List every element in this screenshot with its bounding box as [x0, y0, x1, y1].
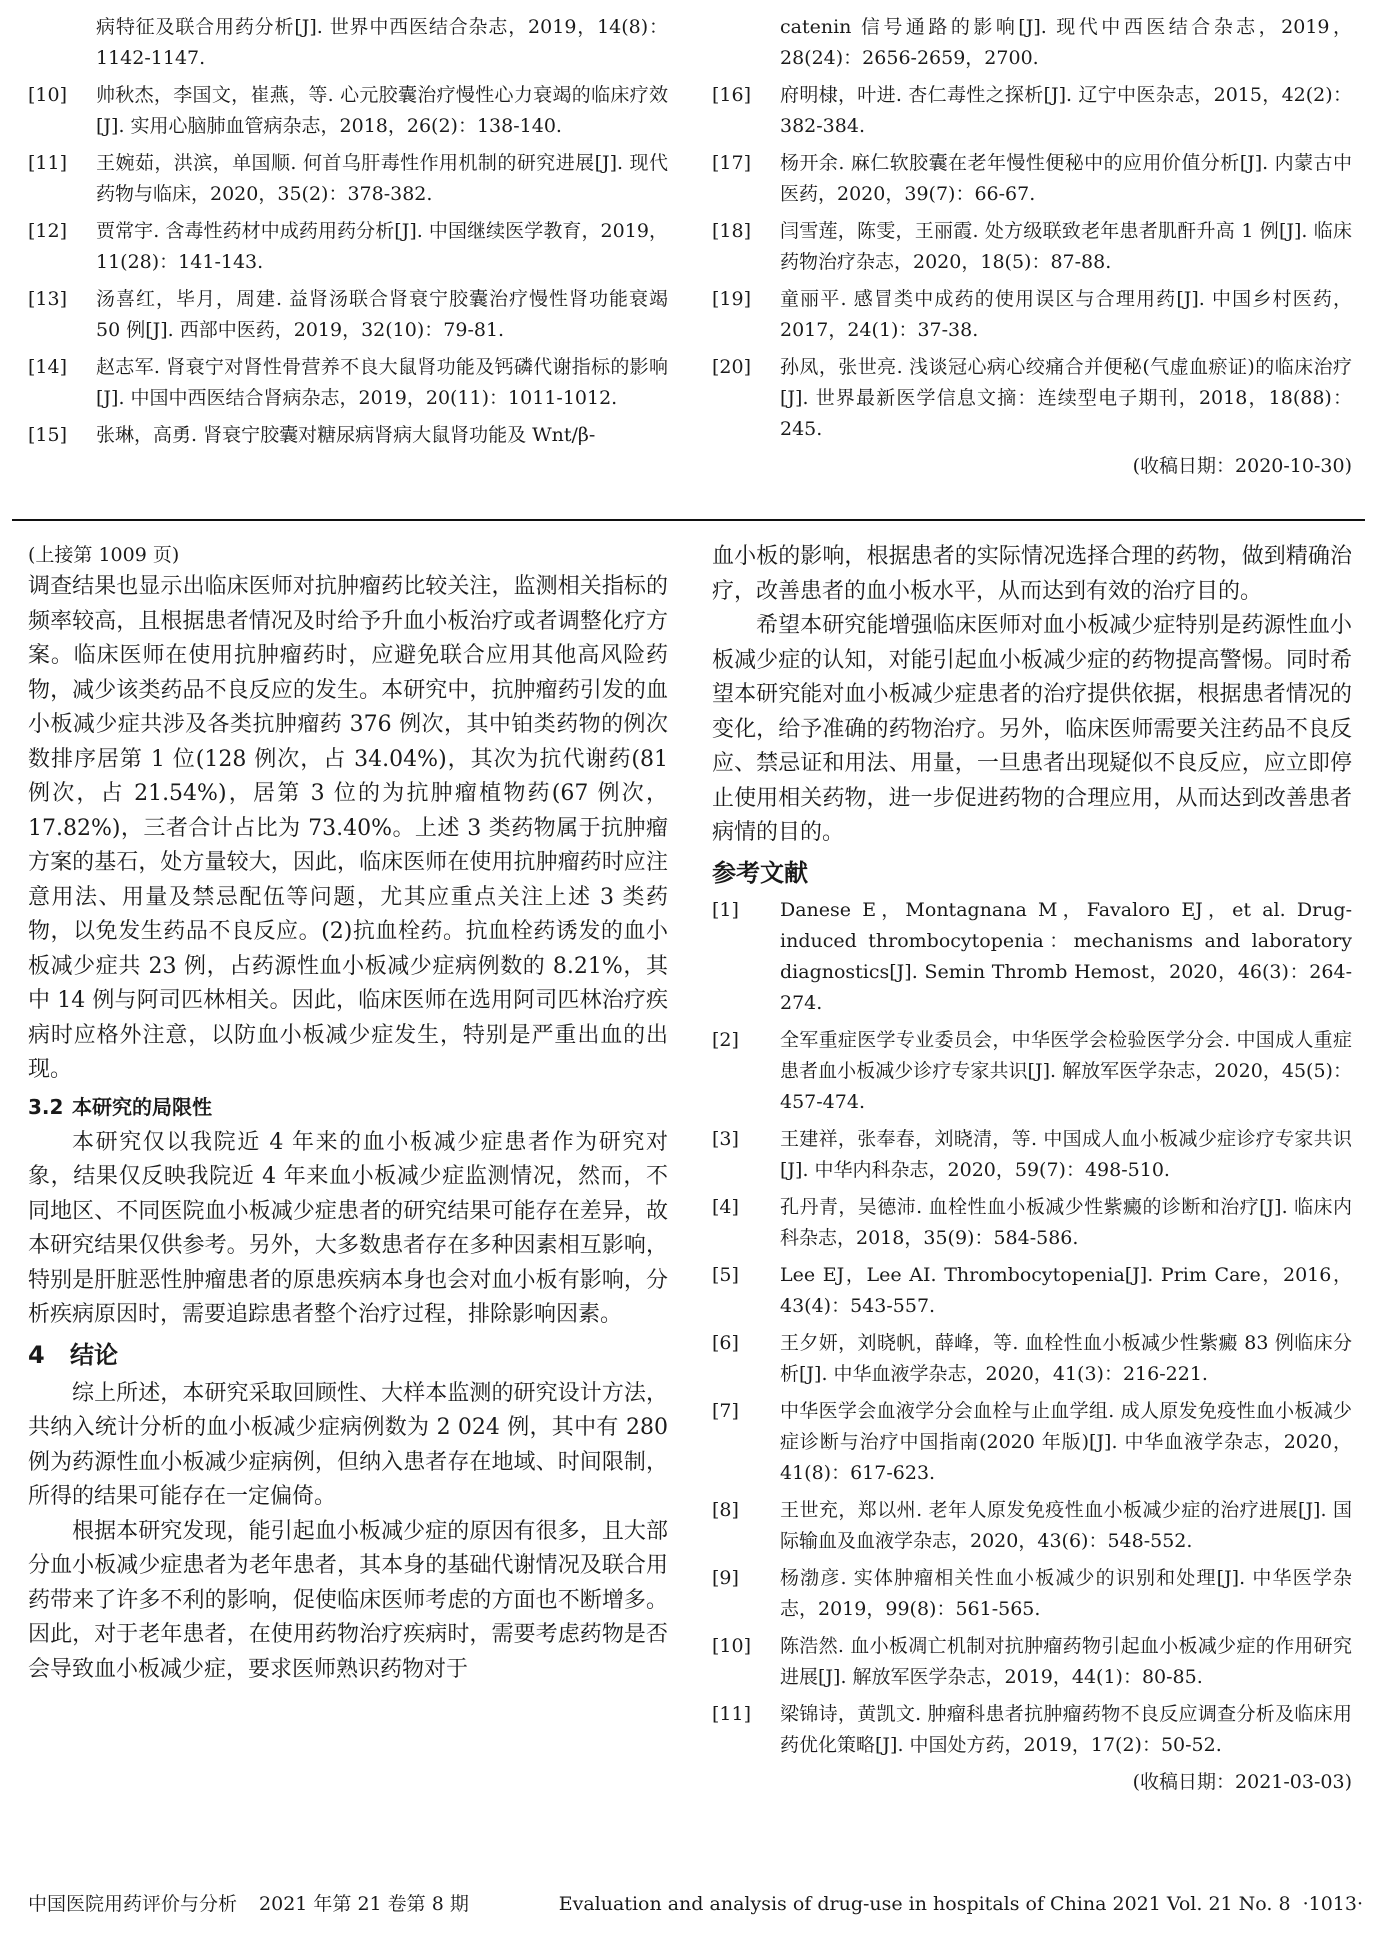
reference-item: [14] 赵志军. 肾衰宁对肾性骨营养不良大鼠肾功能及钙磷代谢指标的影响[J].… [28, 352, 668, 414]
reference-item: [13] 汤喜红，毕月，周建. 益肾汤联合肾衰宁胶囊治疗慢性肾功能衰竭 50 例… [28, 284, 668, 346]
reference-item: [4] 孔丹青，吴德沛. 血栓性血小板减少性紫癜的诊断和治疗[J]. 临床内科杂… [712, 1192, 1352, 1254]
reference-text: 梁锦诗，黄凯文. 肿瘤科患者抗肿瘤药物不良反应调查分析及临床用药优化策略[J].… [780, 1699, 1352, 1761]
section-divider [12, 519, 1365, 521]
section-heading-4: 4结论 [28, 1335, 668, 1375]
reference-text: 赵志军. 肾衰宁对肾性骨营养不良大鼠肾功能及钙磷代谢指标的影响[J]. 中国中西… [96, 352, 668, 414]
reference-text: 中华医学会血液学分会血栓与止血学组. 成人原发免疫性血小板减少症诊断与治疗中国指… [780, 1396, 1352, 1489]
reference-text: 王世充，郑以州. 老年人原发免疫性血小板减少症的治疗进展[J]. 国际输血及血液… [780, 1495, 1352, 1557]
section-heading-3-2: 3.2本研究的局限性 [28, 1090, 668, 1124]
reference-text: 孙凤，张世亮. 浅谈冠心病心绞痛合并便秘(气虚血瘀证)的临床治疗[J]. 世界最… [780, 352, 1352, 445]
reference-label: [12] [28, 216, 67, 247]
reference-text: 杨渤彦. 实体肿瘤相关性血小板减少的识别和处理[J]. 中华医学杂志，2019，… [780, 1563, 1352, 1625]
reference-text: catenin 信号通路的影响[J]. 现代中西医结合杂志，2019，28(24… [780, 12, 1352, 74]
reference-item: catenin 信号通路的影响[J]. 现代中西医结合杂志，2019，28(24… [712, 12, 1352, 74]
reference-label: [17] [712, 148, 751, 179]
reference-label: [7] [712, 1396, 739, 1427]
reference-item: [1] Danese E，Montagnana M，Favaloro EJ，et… [712, 895, 1352, 1019]
reference-item: [9] 杨渤彦. 实体肿瘤相关性血小板减少的识别和处理[J]. 中华医学杂志，2… [712, 1563, 1352, 1625]
reference-item: [10] 帅秋杰，李国文，崔燕，等. 心元胶囊治疗慢性心力衰竭的临床疗效[J].… [28, 80, 668, 142]
reference-text: 孔丹青，吴德沛. 血栓性血小板减少性紫癜的诊断和治疗[J]. 临床内科杂志，20… [780, 1192, 1352, 1254]
reference-text: 陈浩然. 血小板凋亡机制对抗肿瘤药物引起血小板减少症的作用研究进展[J]. 解放… [780, 1631, 1352, 1693]
reference-label: [2] [712, 1025, 739, 1056]
reference-item: [17] 杨开余. 麻仁软胶囊在老年慢性便秘中的应用价值分析[J]. 内蒙古中医… [712, 148, 1352, 210]
reference-item: [20] 孙凤，张世亮. 浅谈冠心病心绞痛合并便秘(气虚血瘀证)的临床治疗[J]… [712, 352, 1352, 445]
reference-label: [11] [28, 148, 67, 179]
received-date: (收稿日期：2021-03-03) [712, 1767, 1352, 1798]
footer-journal-cn: 中国医院用药评价与分析2021 年第 21 卷第 8 期 [28, 1892, 469, 1916]
reference-item: [12] 贾常宇. 含毒性药材中成药用药分析[J]. 中国继续医学教育，2019… [28, 216, 668, 278]
reference-text: 张琳，高勇. 肾衰宁胶囊对糖尿病肾病大鼠肾功能及 Wnt/β- [96, 420, 668, 451]
reference-text: 王建祥，张奉春，刘晓清，等. 中国成人血小板减少症诊疗专家共识[J]. 中华内科… [780, 1124, 1352, 1186]
reference-label: [20] [712, 352, 751, 383]
section-number: 3.2 [28, 1090, 72, 1124]
received-date: (收稿日期：2020-10-30) [712, 451, 1352, 482]
reference-item: [6] 王夕妍，刘晓帆，薛峰，等. 血栓性血小板减少性紫癜 83 例临床分析[J… [712, 1328, 1352, 1390]
reference-label: [10] [28, 80, 67, 111]
section-title: 本研究的局限性 [72, 1095, 212, 1119]
reference-text: Danese E，Montagnana M，Favaloro EJ，et al.… [780, 895, 1352, 1019]
reference-text: Lee EJ，Lee AI. Thrombocytopenia[J]. Prim… [780, 1260, 1352, 1322]
references-list: [1] Danese E，Montagnana M，Favaloro EJ，et… [712, 895, 1352, 1798]
paragraph: 希望本研究能增强临床医师对血小板减少症特别是药源性血小板减少症的认知，对能引起血… [712, 609, 1352, 851]
reference-item: [11] 梁锦诗，黄凯文. 肿瘤科患者抗肿瘤药物不良反应调查分析及临床用药优化策… [712, 1699, 1352, 1761]
reference-label: [16] [712, 80, 751, 111]
reference-text: 童丽平. 感冒类中成药的使用误区与合理用药[J]. 中国乡村医药，2017，24… [780, 284, 1352, 346]
reference-text: 贾常宇. 含毒性药材中成药用药分析[J]. 中国继续医学教育，2019，11(2… [96, 216, 668, 278]
reference-label: [10] [712, 1631, 751, 1662]
reference-text: 府明棣，叶进. 杏仁毒性之探析[J]. 辽宁中医杂志，2015，42(2)：38… [780, 80, 1352, 142]
reference-item: [15] 张琳，高勇. 肾衰宁胶囊对糖尿病肾病大鼠肾功能及 Wnt/β- [28, 420, 668, 451]
reference-label: [8] [712, 1495, 739, 1526]
reference-text: 王婉茹，洪滨，单国顺. 何首乌肝毒性作用机制的研究进展[J]. 现代药物与临床，… [96, 148, 668, 210]
reference-text: 汤喜红，毕月，周建. 益肾汤联合肾衰宁胶囊治疗慢性肾功能衰竭 50 例[J]. … [96, 284, 668, 346]
reference-item: [16] 府明棣，叶进. 杏仁毒性之探析[J]. 辽宁中医杂志，2015，42(… [712, 80, 1352, 142]
left-body-column: (上接第 1009 页) 调查结果也显示出临床医师对抗肿瘤药比较关注，监测相关指… [28, 540, 668, 1687]
reference-text: 全军重症医学专业委员会，中华医学会检验医学分会. 中国成人重症患者血小板减少诊疗… [780, 1025, 1352, 1118]
right-body-column: 血小板的影响，根据患者的实际情况选择合理的药物，做到精确治疗，改善患者的血小板水… [712, 540, 1352, 1798]
section-title: 结论 [70, 1341, 118, 1369]
reference-text: 病特征及联合用药分析[J]. 世界中西医结合杂志，2019，14(8)：1142… [96, 12, 668, 74]
reference-item: [3] 王建祥，张奉春，刘晓清，等. 中国成人血小板减少症诊疗专家共识[J]. … [712, 1124, 1352, 1186]
reference-label: [14] [28, 352, 67, 383]
reference-label: [15] [28, 420, 67, 451]
paragraph: 综上所述，本研究采取回顾性、大样本监测的研究设计方法，共纳入统计分析的血小板减少… [28, 1377, 668, 1515]
reference-label: [1] [712, 895, 739, 926]
reference-text: 王夕妍，刘晓帆，薛峰，等. 血栓性血小板减少性紫癜 83 例临床分析[J]. 中… [780, 1328, 1352, 1390]
issue-cn: 2021 年第 21 卷第 8 期 [259, 1893, 469, 1915]
reference-label: [19] [712, 284, 751, 315]
reference-item: 病特征及联合用药分析[J]. 世界中西医结合杂志，2019，14(8)：1142… [28, 12, 668, 74]
paragraph: 调查结果也显示出临床医师对抗肿瘤药比较关注，监测相关指标的频率较高，且根据患者情… [28, 570, 668, 1088]
footer-journal-en: Evaluation and analysis of drug-use in h… [559, 1892, 1363, 1916]
reference-label: [4] [712, 1192, 739, 1223]
paragraph: 血小板的影响，根据患者的实际情况选择合理的药物，做到精确治疗，改善患者的血小板水… [712, 540, 1352, 609]
section-number: 4 [28, 1335, 70, 1375]
reference-item: [2] 全军重症医学专业委员会，中华医学会检验医学分会. 中国成人重症患者血小板… [712, 1025, 1352, 1118]
page-number: ·1013· [1303, 1893, 1363, 1915]
continued-from-note: (上接第 1009 页) [28, 540, 668, 570]
references-heading: 参考文献 [712, 853, 1352, 893]
reference-item: [7] 中华医学会血液学分会血栓与止血学组. 成人原发免疫性血小板减少症诊断与治… [712, 1396, 1352, 1489]
journal-name-en: Evaluation and analysis of drug-use in h… [559, 1893, 1291, 1915]
top-right-references: catenin 信号通路的影响[J]. 现代中西医结合杂志，2019，28(24… [712, 12, 1352, 482]
reference-label: [9] [712, 1563, 739, 1594]
reference-label: [18] [712, 216, 751, 247]
reference-item: [18] 闫雪莲，陈雯，王丽霞. 处方级联致老年患者肌酐升高 1 例[J]. 临… [712, 216, 1352, 278]
reference-label: [11] [712, 1699, 751, 1730]
reference-label: [5] [712, 1260, 739, 1291]
reference-label: [6] [712, 1328, 739, 1359]
paragraph: 根据本研究发现，能引起血小板减少症的原因有很多，且大部分血小板减少症患者为老年患… [28, 1515, 668, 1688]
reference-item: [10] 陈浩然. 血小板凋亡机制对抗肿瘤药物引起血小板减少症的作用研究进展[J… [712, 1631, 1352, 1693]
reference-item: [19] 童丽平. 感冒类中成药的使用误区与合理用药[J]. 中国乡村医药，20… [712, 284, 1352, 346]
reference-label: [3] [712, 1124, 739, 1155]
top-left-references: 病特征及联合用药分析[J]. 世界中西医结合杂志，2019，14(8)：1142… [28, 12, 668, 457]
journal-name-cn: 中国医院用药评价与分析 [28, 1893, 237, 1915]
reference-item: [11] 王婉茹，洪滨，单国顺. 何首乌肝毒性作用机制的研究进展[J]. 现代药… [28, 148, 668, 210]
reference-text: 杨开余. 麻仁软胶囊在老年慢性便秘中的应用价值分析[J]. 内蒙古中医药，202… [780, 148, 1352, 210]
reference-label: [13] [28, 284, 67, 315]
reference-text: 帅秋杰，李国文，崔燕，等. 心元胶囊治疗慢性心力衰竭的临床疗效[J]. 实用心脑… [96, 80, 668, 142]
paragraph: 本研究仅以我院近 4 年来的血小板减少症患者作为研究对象，结果仅反映我院近 4 … [28, 1126, 668, 1333]
reference-item: [5] Lee EJ，Lee AI. Thrombocytopenia[J]. … [712, 1260, 1352, 1322]
reference-item: [8] 王世充，郑以州. 老年人原发免疫性血小板减少症的治疗进展[J]. 国际输… [712, 1495, 1352, 1557]
reference-text: 闫雪莲，陈雯，王丽霞. 处方级联致老年患者肌酐升高 1 例[J]. 临床药物治疗… [780, 216, 1352, 278]
